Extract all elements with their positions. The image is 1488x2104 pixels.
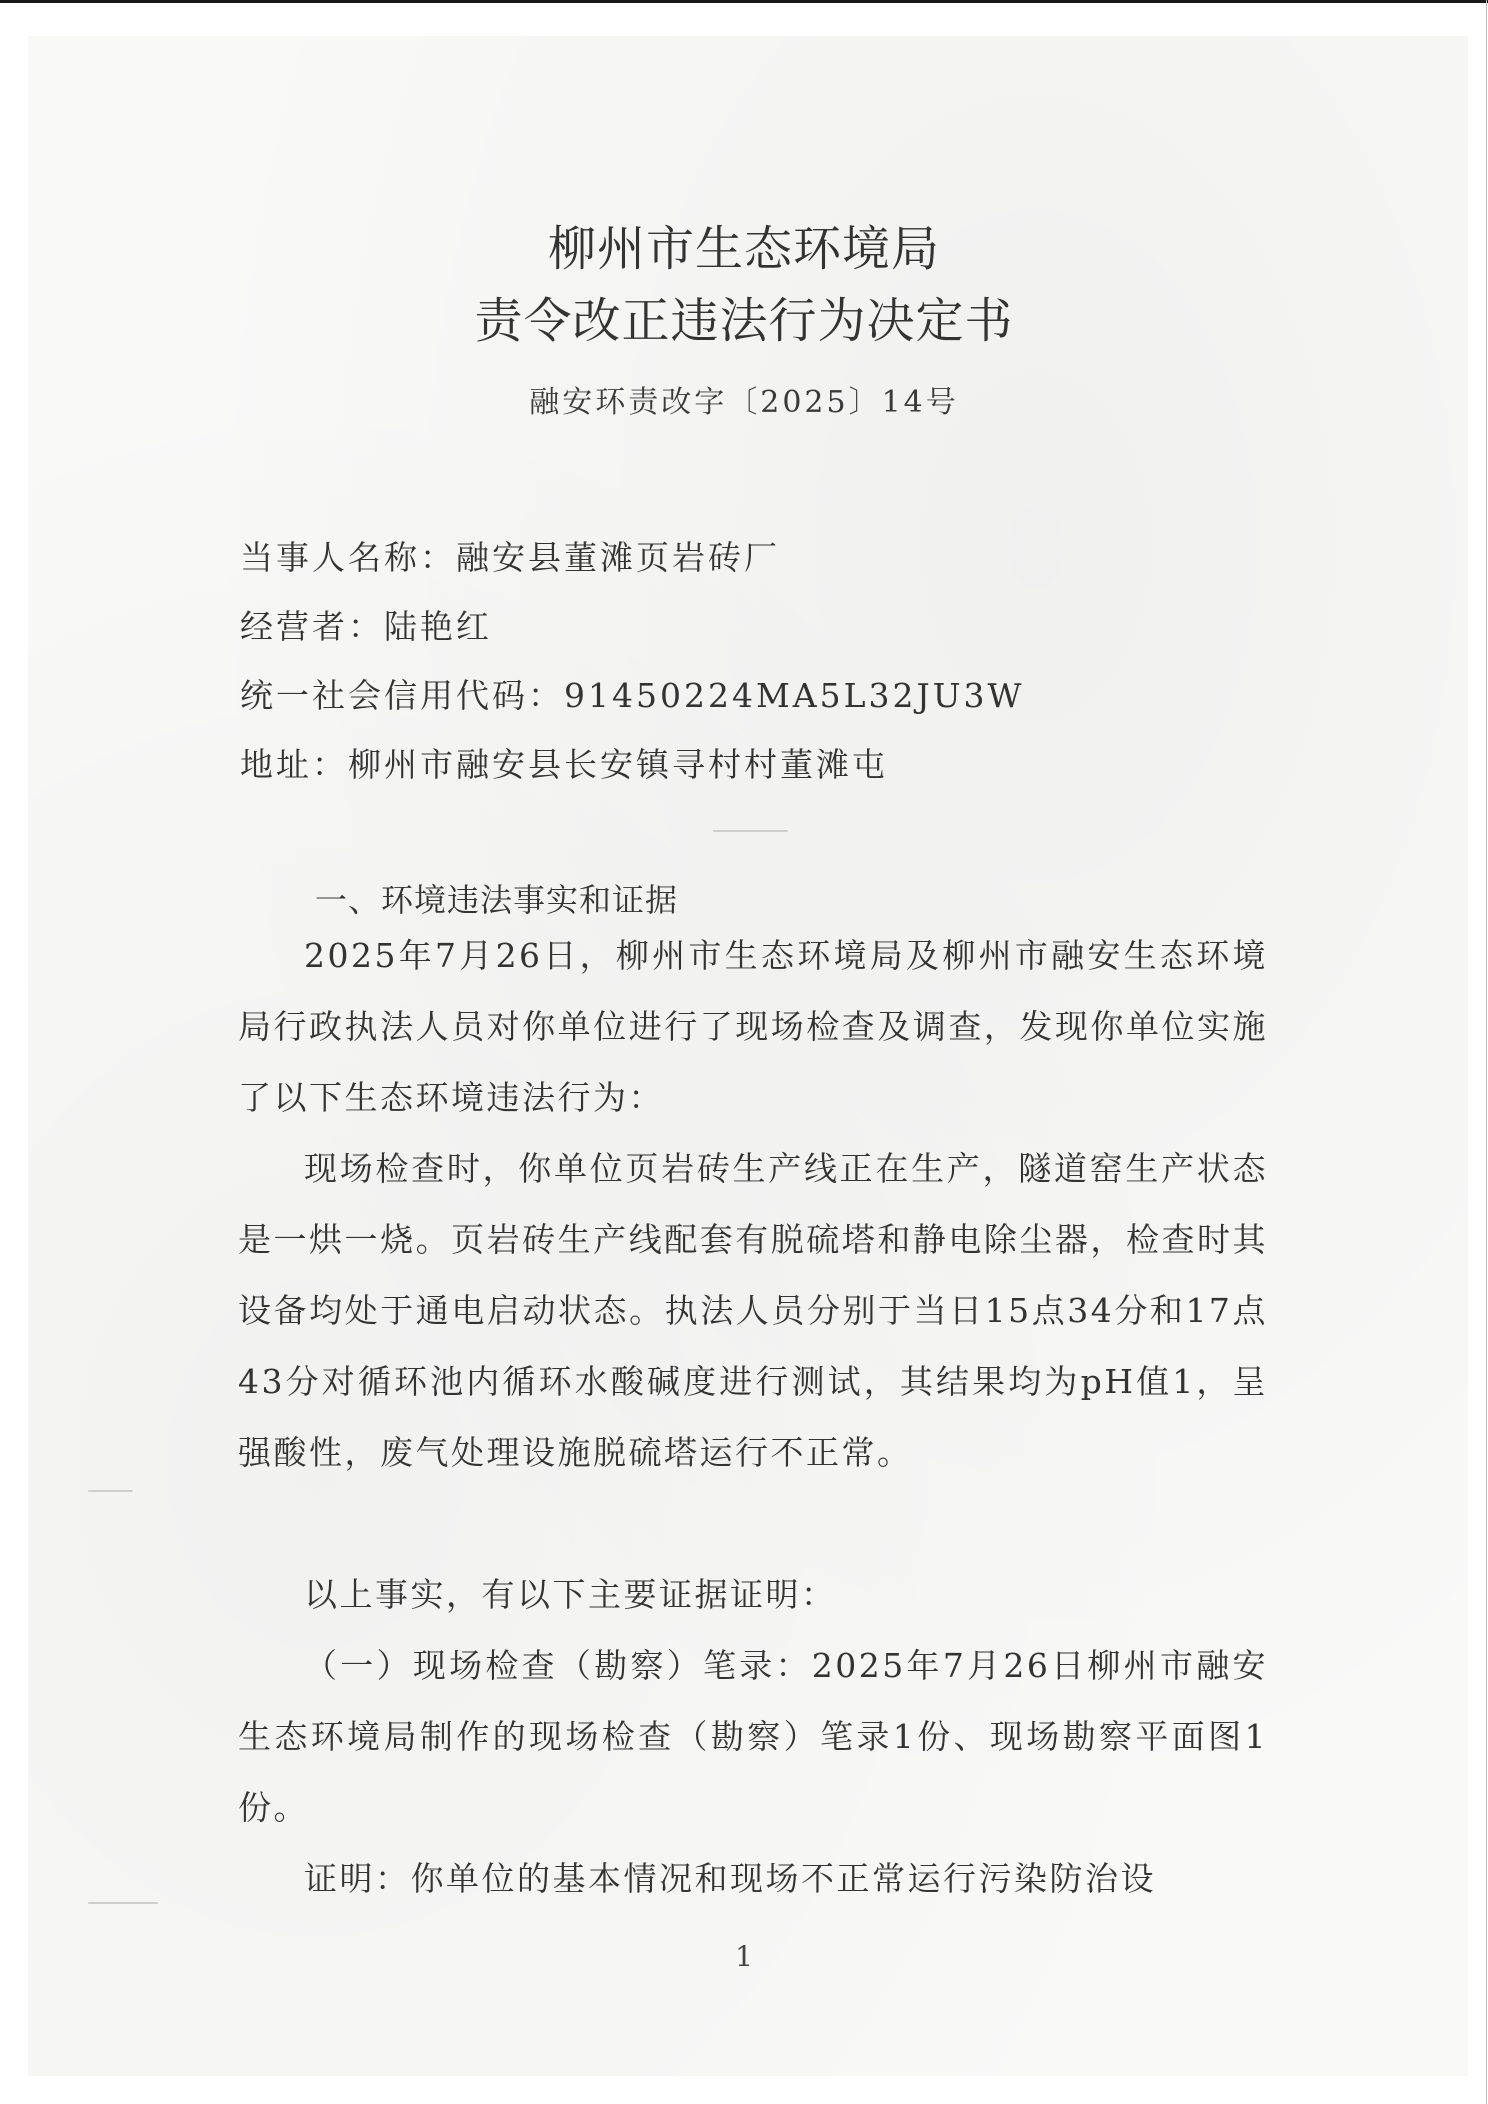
credit-code-line: 统一社会信用代码：91450224MA5L32JU3W bbox=[240, 670, 1024, 717]
credit-code-label: 统一社会信用代码： bbox=[240, 676, 564, 715]
address-value: 柳州市融安县长安镇寻村村董滩屯 bbox=[348, 745, 888, 784]
scan-artifact-mark bbox=[88, 1902, 158, 1904]
paragraph-evidence-intro: 以上事实，有以下主要证据证明： bbox=[238, 1559, 1268, 1630]
operator-line: 经营者：陆艳红 bbox=[240, 601, 492, 648]
document-number: 融安环责改字〔2025〕14号 bbox=[0, 377, 1488, 421]
scan-artifact-mark bbox=[88, 1490, 133, 1492]
section-heading: 一、环境违法事实和证据 bbox=[315, 875, 678, 921]
party-name-value: 融安县董滩页岩砖厂 bbox=[456, 538, 780, 577]
operator-value: 陆艳红 bbox=[384, 607, 492, 646]
paragraph-proof: 证明：你单位的基本情况和现场不正常运行污染防治设 bbox=[238, 1843, 1268, 1914]
operator-label: 经营者： bbox=[240, 607, 384, 646]
paragraph-evidence-item-1: （一）现场检查（勘察）笔录：2025年7月26日柳州市融安生态环境局制作的现场检… bbox=[238, 1630, 1268, 1843]
paragraph-violation-facts: 现场检查时，你单位页岩砖生产线正在生产，隧道窑生产状态是一烘一烧。页岩砖生产线配… bbox=[238, 1133, 1268, 1488]
party-name-line: 当事人名称：融安县董滩页岩砖厂 bbox=[240, 532, 780, 579]
agency-title: 柳州市生态环境局 bbox=[0, 210, 1488, 279]
scan-artifact-mark bbox=[713, 830, 788, 832]
page-number: 1 bbox=[0, 1940, 1488, 1973]
scan-top-border bbox=[0, 0, 1488, 3]
address-line: 地址：柳州市融安县长安镇寻村村董滩屯 bbox=[240, 739, 888, 786]
decision-title: 责令改正违法行为决定书 bbox=[0, 282, 1488, 351]
party-name-label: 当事人名称： bbox=[240, 538, 456, 577]
address-label: 地址： bbox=[240, 745, 348, 784]
paragraph-inspection-intro: 2025年7月26日，柳州市生态环境局及柳州市融安生态环境局行政执法人员对你单位… bbox=[238, 920, 1268, 1133]
credit-code-value: 91450224MA5L32JU3W bbox=[564, 676, 1024, 715]
